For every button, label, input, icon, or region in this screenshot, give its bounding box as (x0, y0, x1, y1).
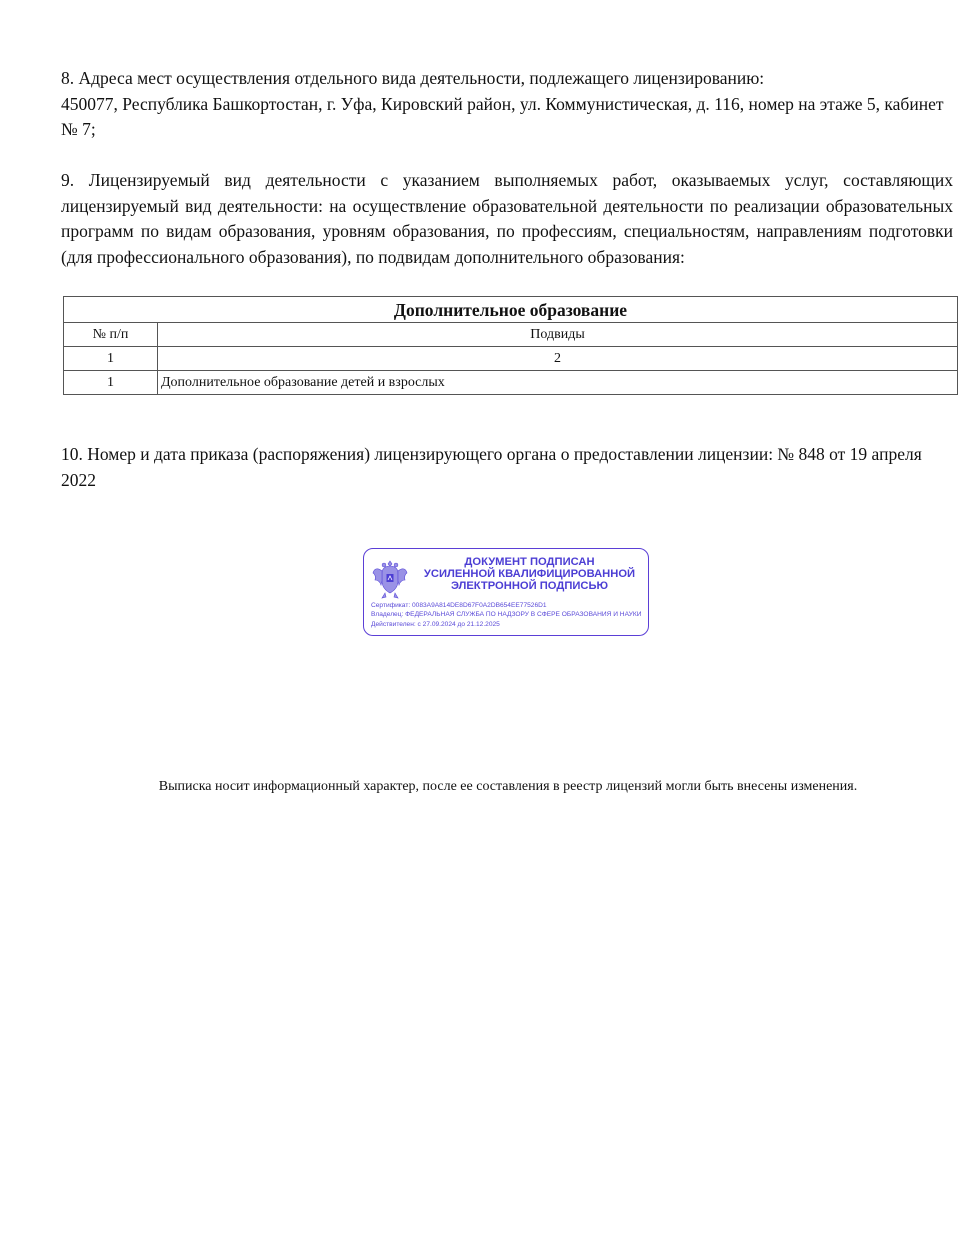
stamp-line-3: ЭЛЕКТРОННОЙ ПОДПИСЬЮ (419, 580, 640, 592)
column-header-subtypes: Подвиды (158, 323, 958, 347)
stamp-heading: ДОКУМЕНТ ПОДПИСАН УСИЛЕННОЙ КВАЛИФИЦИРОВ… (419, 556, 640, 592)
section-10-order: 10. Номер и дата приказа (распоряжения) … (61, 442, 953, 493)
stamp-owner: Владелец: ФЕДЕРАЛЬНАЯ СЛУЖБА ПО НАДЗОРУ … (371, 610, 644, 619)
section-8-heading: 8. Адреса мест осуществления отдельного … (61, 66, 953, 92)
stamp-line-1: ДОКУМЕНТ ПОДПИСАН (419, 556, 640, 568)
section-8-addresses: 8. Адреса мест осуществления отдельного … (61, 66, 953, 143)
column-number-2: 2 (158, 347, 958, 371)
additional-education-table: Дополнительное образование № п/п Подвиды… (63, 296, 958, 395)
column-header-number: № п/п (64, 323, 158, 347)
table-header-row: № п/п Подвиды (64, 323, 958, 347)
table-title-row: Дополнительное образование (64, 297, 958, 323)
column-number-1: 1 (64, 347, 158, 371)
stamp-certificate: Сертификат: 0083A9A814DE8D67F0A2DB654EE7… (371, 601, 644, 610)
stamp-line-2: УСИЛЕННОЙ КВАЛИФИЦИРОВАННОЙ (419, 568, 640, 580)
row-number: 1 (64, 371, 158, 395)
stamp-validity: Действителен: с 27.09.2024 до 21.12.2025 (371, 620, 644, 629)
table-row: 1 Дополнительное образование детей и взр… (64, 371, 958, 395)
electronic-signature-stamp: ДОКУМЕНТ ПОДПИСАН УСИЛЕННОЙ КВАЛИФИЦИРОВ… (363, 548, 649, 636)
table-numbering-row: 1 2 (64, 347, 958, 371)
coat-of-arms-icon (371, 557, 409, 601)
row-subtype: Дополнительное образование детей и взрос… (158, 371, 958, 395)
section-9-licensed-activity: 9. Лицензируемый вид деятельности с указ… (61, 168, 953, 270)
disclaimer-note: Выписка носит информационный характер, п… (0, 779, 973, 795)
table-title: Дополнительное образование (64, 297, 958, 323)
section-8-address: 450077, Республика Башкортостан, г. Уфа,… (61, 92, 953, 143)
stamp-details: Сертификат: 0083A9A814DE8D67F0A2DB654EE7… (371, 601, 644, 629)
